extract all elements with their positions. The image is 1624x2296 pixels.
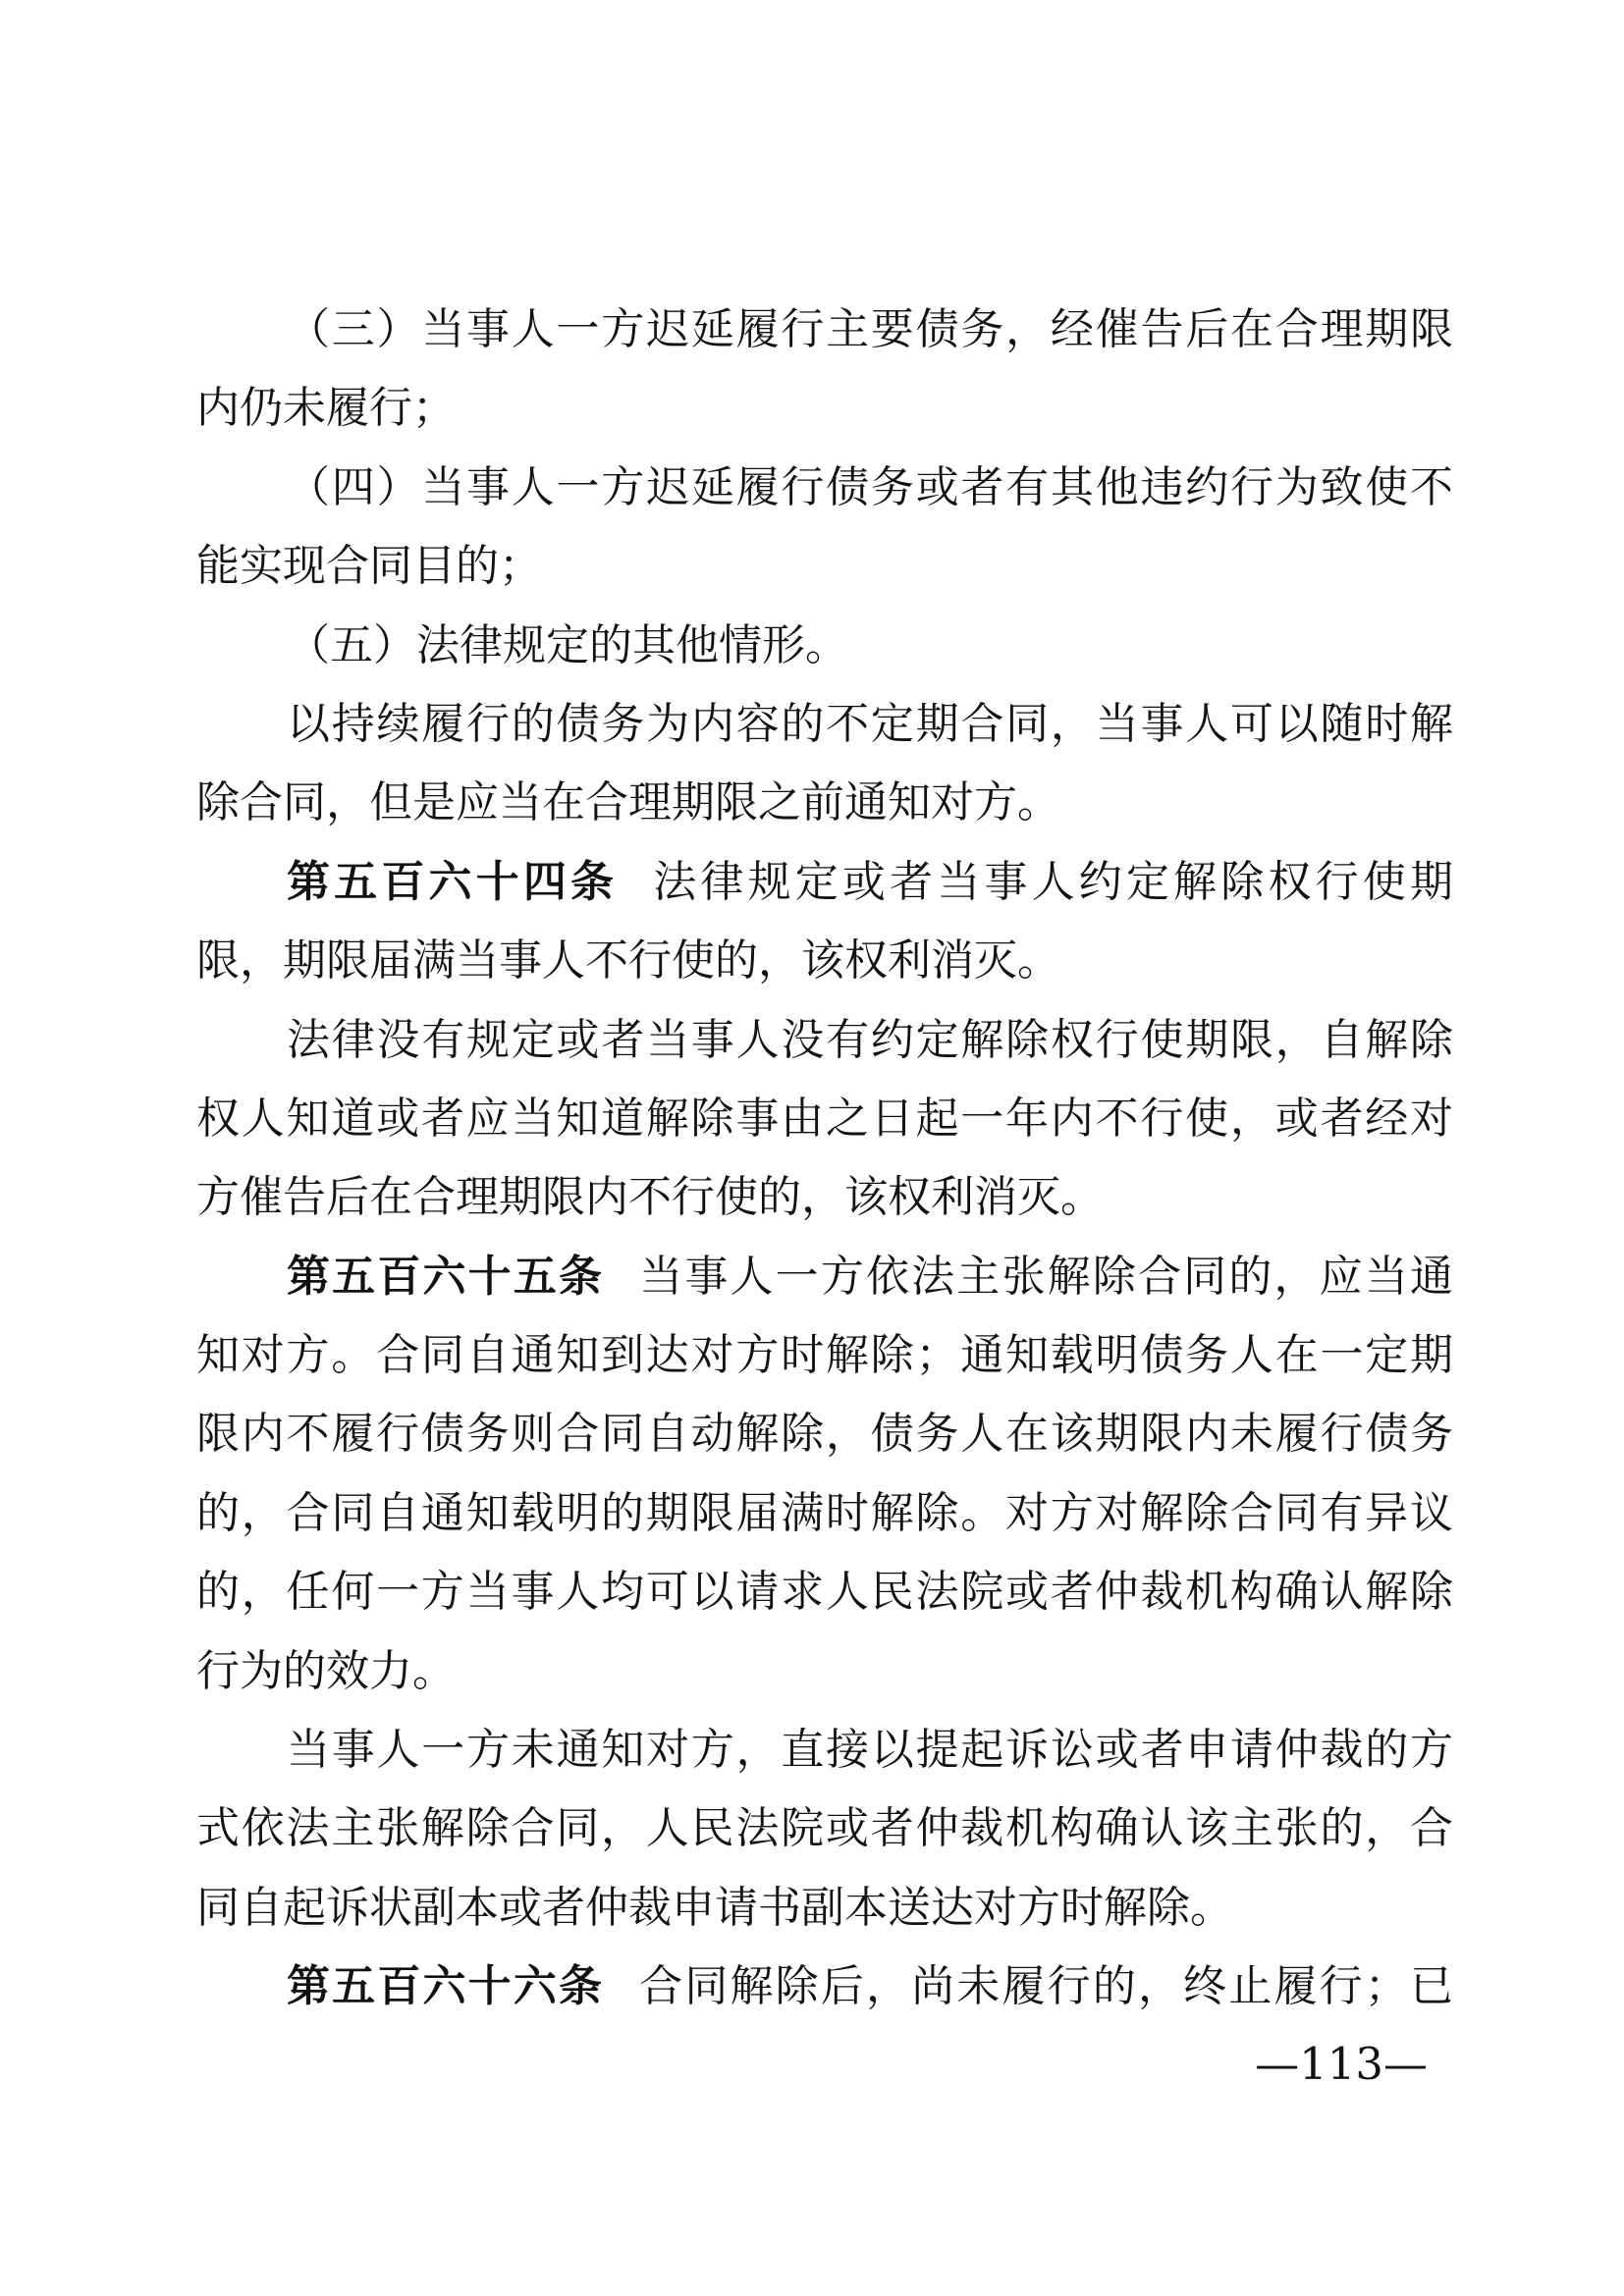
text-line: 的，任何一方当事人均可以请求人民法院或者仲裁机构确认解除	[196, 1553, 1453, 1631]
text-line: 法律没有规定或者当事人没有约定解除权行使期限，自解除	[196, 1001, 1453, 1080]
text-line: （三）当事人一方迟延履行主要债务，经催告后在合理期限	[196, 291, 1453, 369]
article-number: 第五百六十五条	[287, 1252, 604, 1302]
text-line: 的，合同自通知载明的期限届满时解除。对方对解除合同有异议	[196, 1474, 1453, 1553]
text-line: 第五百六十四条法律规定或者当事人约定解除权行使期	[196, 843, 1453, 922]
text-line: 当事人一方未通知对方，直接以提起诉讼或者申请仲裁的方	[196, 1711, 1453, 1789]
text-line: 知对方。合同自通知到达对方时解除；通知载明债务人在一定期	[196, 1316, 1453, 1395]
text-line: 同自起诉状副本或者仲裁申请书副本送达对方时解除。	[196, 1869, 1453, 1948]
article-number: 第五百六十六条	[287, 1961, 604, 2011]
text-line: 权人知道或者应当知道解除事由之日起一年内不行使，或者经对	[196, 1080, 1453, 1158]
text-line: 限，期限届满当事人不行使的，该权利消灭。	[196, 922, 1453, 1000]
text-line: 限内不履行债务则合同自动解除，债务人在该期限内未履行债务	[196, 1395, 1453, 1473]
text-line: （五）法律规定的其他情形。	[196, 607, 1453, 685]
article-number: 第五百六十四条	[287, 857, 618, 907]
text-line: 第五百六十五条当事人一方依法主张解除合同的，应当通	[196, 1238, 1453, 1316]
text-line: 以持续履行的债务为内容的不定期合同，当事人可以随时解	[196, 685, 1453, 764]
text-line: 内仍未履行；	[196, 369, 1453, 448]
text-line: 除合同，但是应当在合理期限之前通知对方。	[196, 764, 1453, 842]
text-line: 方催告后在合理期限内不行使的，该权利消灭。	[196, 1158, 1453, 1237]
text-line: 行为的效力。	[196, 1632, 1453, 1711]
text-line: 第五百六十六条合同解除后，尚未履行的，终止履行；已	[196, 1948, 1453, 2026]
document-page: （三）当事人一方迟延履行主要债务，经催告后在合理期限内仍未履行；（四）当事人一方…	[0, 0, 1624, 2296]
text-line: （四）当事人一方迟延履行债务或者有其他违约行为致使不	[196, 449, 1453, 527]
page-number: —113—	[1255, 2040, 1428, 2089]
text-line: 能实现合同目的；	[196, 527, 1453, 606]
document-body: （三）当事人一方迟延履行主要债务，经催告后在合理期限内仍未履行；（四）当事人一方…	[196, 291, 1453, 2027]
text-line: 式依法主张解除合同，人民法院或者仲裁机构确认该主张的，合	[196, 1789, 1453, 1868]
